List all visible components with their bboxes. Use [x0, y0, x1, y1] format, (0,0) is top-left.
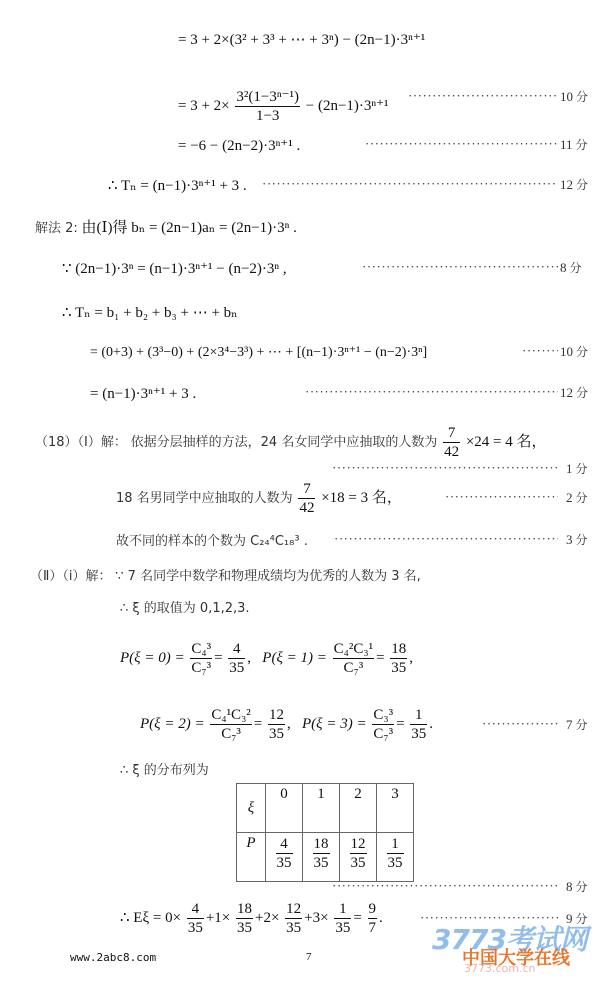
equation-text: ×24 = 4 名， — [466, 434, 547, 450]
fraction-numerator: 3²(1−3ⁿ⁻¹) — [235, 88, 300, 107]
equation-text: = (0+3) + (3³−0) + (2×3⁴−3³) + ⋯ + [(n−1… — [90, 345, 427, 360]
equation-line: = (n−1)·3ⁿ⁺¹ + 3 . — [90, 384, 196, 404]
fraction-denominator: 35 — [350, 854, 367, 872]
fraction: 1 35 — [410, 706, 427, 743]
score-value: 1 — [566, 461, 573, 476]
score-mark: 7分 — [566, 716, 588, 733]
score-leader-dots: ········································… — [522, 343, 558, 359]
score-unit: 分 — [576, 718, 588, 732]
score-value: 10 — [560, 344, 573, 359]
table-row-header: ξ — [237, 784, 266, 833]
probability-lhs: P(ξ = 0) = — [120, 650, 185, 666]
fraction-numerator: C₄²C₃¹ — [333, 640, 374, 659]
score-leader-dots: ········································… — [365, 136, 558, 152]
score-value: 8 — [566, 879, 573, 894]
score-unit: 分 — [576, 178, 588, 192]
fraction: C₃³ C₇³ — [372, 706, 394, 743]
distribution-table: ξ 0 1 2 3 P 435 1835 1235 135 — [236, 783, 414, 882]
fraction-numerator: 7 — [298, 480, 315, 499]
score-unit: 分 — [576, 533, 588, 547]
fraction-denominator: 35 — [390, 659, 407, 677]
probability-lhs: P(ξ = 1) = — [262, 650, 327, 666]
fraction-numerator: 9 — [368, 900, 378, 919]
fraction-denominator: 42 — [298, 499, 315, 517]
q18-part2: 18 名男同学中应抽取的人数为 7 42 ×18 = 3 名， — [116, 480, 402, 517]
equation-text: +2× — [255, 910, 279, 926]
fraction: 1235 — [285, 900, 302, 937]
fraction-numerator: 1 — [334, 900, 351, 919]
fraction: 135 — [334, 900, 351, 937]
equation-line: = 3 + 2× 3²(1−3ⁿ⁻¹) 1−3 − (2n−1)·3ⁿ⁺¹ — [178, 88, 389, 125]
xi-values: ∴ ξ 的取值为 0,1,2,3. — [120, 598, 250, 619]
fraction-numerator: C₄¹C₃² — [210, 706, 251, 725]
fraction-numerator: C₄³ — [190, 640, 212, 659]
score-mark: 8分 — [566, 878, 588, 895]
fraction-numerator: C₃³ — [372, 706, 394, 725]
question-label: （Ⅱ）（ⅰ）解： — [30, 569, 112, 584]
table-cell: 3 — [377, 784, 414, 833]
score-unit: 分 — [576, 90, 588, 104]
score-unit: 分 — [576, 138, 588, 152]
fraction-numerator: 18 — [390, 640, 407, 659]
equation-line: = 3 + 2×(3² + 3³ + ⋯ + 3ⁿ) − (2n−1)·3ⁿ⁺¹ — [178, 30, 425, 50]
table-row: P 435 1835 1235 135 — [237, 833, 414, 882]
q18-part3: 故不同的样本的个数为 C₂₄⁴C₁₈³ . — [116, 531, 308, 552]
score-unit: 分 — [576, 345, 588, 359]
score-value: 2 — [566, 490, 573, 505]
fraction-denominator: C₇³ — [372, 725, 394, 743]
probability-lhs: P(ξ = 2) = — [140, 716, 205, 732]
score-value: 3 — [566, 532, 573, 547]
fraction-numerator: 12 — [350, 835, 367, 854]
table-cell: 135 — [377, 833, 414, 882]
score-mark: 11分 — [560, 136, 588, 153]
score-value: 12 — [560, 385, 573, 400]
fraction-numerator: 4 — [228, 640, 245, 659]
equation-text: ∴ Tₙ = (n−1)·3ⁿ⁺¹ + 3 . — [108, 178, 247, 194]
table-cell: 0 — [266, 784, 303, 833]
watermark-domain: 3773.com.cn — [464, 962, 536, 975]
fraction-numerator: 12 — [268, 706, 285, 725]
equation-text: ∵ (2n−1)·3ⁿ = (n−1)·3ⁿ⁺¹ − (n−2)·3ⁿ , — [62, 261, 287, 277]
question-text: 依据分层抽样的方法，24 名女同学中应抽取的人数为 — [131, 435, 438, 450]
score-value: 12 — [560, 177, 573, 192]
fraction-denominator: 35 — [410, 725, 427, 743]
fraction-numerator: 18 — [313, 835, 330, 854]
score-leader-dots: ········································… — [332, 878, 558, 894]
equation-line: = (0+3) + (3³−0) + (2×3⁴−3³) + ⋯ + [(n−1… — [90, 343, 427, 363]
equation-text: ∴ Tₙ = b₁ + b₂ + b₃ + ⋯ + bₙ — [62, 305, 238, 321]
fraction: 12 35 — [268, 706, 285, 743]
fraction: 1235 — [350, 835, 367, 872]
equation-text: +1× — [206, 910, 230, 926]
fraction-denominator: 35 — [387, 854, 404, 872]
fraction-denominator: 7 — [368, 919, 378, 937]
score-leader-dots: ········································… — [332, 460, 558, 476]
score-unit: 分 — [576, 462, 588, 476]
fraction-denominator: 35 — [228, 659, 245, 677]
score-unit: 分 — [576, 386, 588, 400]
fraction: 3²(1−3ⁿ⁻¹) 1−3 — [235, 88, 300, 125]
fraction-numerator: 18 — [236, 900, 253, 919]
method2-intro: 解法 2: 由(Ⅰ)得 bₙ = (2n−1)aₙ = (2n−1)·3ⁿ . — [35, 218, 297, 239]
fraction-denominator: 35 — [236, 919, 253, 937]
fraction: 435 — [276, 835, 293, 872]
score-leader-dots: ········································… — [445, 489, 558, 505]
score-leader-dots: ········································… — [262, 176, 558, 192]
probability-line: P(ξ = 0) = C₄³ C₇³ = 4 35 , P(ξ = 1) = C… — [120, 640, 413, 677]
question-text: 18 名男同学中应抽取的人数为 — [116, 491, 293, 506]
fraction-numerator: 1 — [387, 835, 404, 854]
fraction: 97 — [368, 900, 378, 937]
fraction: 435 — [187, 900, 204, 937]
fraction-numerator: 4 — [187, 900, 204, 919]
equation-text: ×18 = 3 名， — [321, 490, 402, 506]
equation-line: ∴ Tₙ = b₁ + b₂ + b₃ + ⋯ + bₙ — [62, 303, 238, 323]
equation-text: = 3 + 2× — [178, 98, 230, 114]
fraction: C₄²C₃¹ C₇³ — [333, 640, 374, 677]
score-mark: 10分 — [560, 88, 588, 105]
fraction-numerator: 7 — [443, 424, 460, 443]
score-mark: 12分 — [560, 176, 588, 193]
page-number: 7 — [306, 951, 312, 963]
equation-text: ∴ Eξ = 0× — [120, 910, 181, 926]
question-text: ∵ 7 名同学中数学和物理成绩均为优秀的人数为 3 名, — [115, 569, 420, 584]
equation-text: . — [379, 910, 383, 926]
fraction-denominator: 42 — [443, 443, 460, 461]
equation-text: = (n−1)·3ⁿ⁺¹ + 3 . — [90, 386, 196, 402]
table-cell: 1235 — [340, 833, 377, 882]
fraction-denominator: 35 — [285, 919, 302, 937]
score-mark: 8分 — [560, 259, 582, 276]
probability-line: P(ξ = 2) = C₄¹C₃² C₇³ = 12 35 , P(ξ = 3)… — [140, 706, 433, 743]
fraction-numerator: 4 — [276, 835, 293, 854]
score-value: 7 — [566, 717, 573, 732]
q18-part1: （18）（Ⅰ）解： 依据分层抽样的方法，24 名女同学中应抽取的人数为 7 42… — [35, 424, 547, 461]
fraction-denominator: 35 — [187, 919, 204, 937]
equation-text: = −6 − (2n−2)·3ⁿ⁺¹ . — [178, 138, 300, 154]
fraction-denominator: 35 — [313, 854, 330, 872]
fraction: 18 35 — [390, 640, 407, 677]
score-value: 8 — [560, 260, 567, 275]
fraction-numerator: 1 — [410, 706, 427, 725]
fraction: 1835 — [313, 835, 330, 872]
score-mark: 12分 — [560, 384, 588, 401]
equation-text: = 3 + 2×(3² + 3³ + ⋯ + 3ⁿ) − (2n−1)·3ⁿ⁺¹ — [178, 32, 425, 48]
score-mark: 1分 — [566, 460, 588, 477]
score-mark: 10分 — [560, 343, 588, 360]
equation-text: = — [353, 910, 361, 926]
fraction: 1835 — [236, 900, 253, 937]
fraction: 7 42 — [298, 480, 315, 517]
score-leader-dots: ········································… — [334, 531, 558, 547]
method-label: 解法 2: — [35, 221, 78, 236]
fraction-denominator: C₇³ — [333, 659, 374, 677]
equation-text: − (2n−1)·3ⁿ⁺¹ — [306, 98, 389, 114]
question-text: ∴ ξ 的分布列为 — [120, 763, 209, 778]
q18-part2-intro: （Ⅱ）（ⅰ）解： ∵ 7 名同学中数学和物理成绩均为优秀的人数为 3 名, — [30, 566, 421, 587]
fraction-denominator: C₇³ — [190, 659, 212, 677]
equation-line: = −6 − (2n−2)·3ⁿ⁺¹ . — [178, 136, 300, 156]
fraction: C₄³ C₇³ — [190, 640, 212, 677]
fraction: 4 35 — [228, 640, 245, 677]
question-text: 故不同的样本的个数为 C₂₄⁴C₁₈³ . — [116, 534, 308, 549]
score-unit: 分 — [576, 491, 588, 505]
score-leader-dots: ········································… — [482, 716, 558, 732]
fraction-denominator: C₇³ — [210, 725, 251, 743]
score-unit: 分 — [570, 261, 582, 275]
question-label: （18）（Ⅰ）解： — [35, 435, 127, 450]
probability-lhs: P(ξ = 3) = — [302, 716, 367, 732]
fraction: 7 42 — [443, 424, 460, 461]
fraction-denominator: 1−3 — [235, 107, 300, 125]
score-leader-dots: ········································… — [408, 88, 558, 104]
score-mark: 2分 — [566, 489, 588, 506]
score-leader-dots: ········································… — [362, 259, 558, 275]
score-unit: 分 — [576, 880, 588, 894]
fraction-denominator: 35 — [268, 725, 285, 743]
fraction: 135 — [387, 835, 404, 872]
table-cell: 1 — [303, 784, 340, 833]
equation-text: +3× — [304, 910, 328, 926]
footer-url: www.2abc8.com — [70, 951, 156, 964]
table-cell: 1835 — [303, 833, 340, 882]
fraction-denominator: 35 — [276, 854, 293, 872]
score-mark: 3分 — [566, 531, 588, 548]
fraction: C₄¹C₃² C₇³ — [210, 706, 251, 743]
score-leader-dots: ········································… — [305, 384, 558, 400]
distribution-label: ∴ ξ 的分布列为 — [120, 760, 209, 781]
equation-text: 由(Ⅰ)得 bₙ = (2n−1)aₙ = (2n−1)·3ⁿ . — [82, 220, 297, 236]
table-cell: 435 — [266, 833, 303, 882]
equation-line: ∵ (2n−1)·3ⁿ = (n−1)·3ⁿ⁺¹ − (n−2)·3ⁿ , — [62, 259, 287, 279]
question-text: ∴ ξ 的取值为 0,1,2,3. — [120, 601, 250, 616]
table-row-header: P — [237, 833, 266, 882]
expectation-line: ∴ Eξ = 0× 435+1× 1835+2× 1235+3× 135= 97… — [120, 900, 383, 937]
fraction-numerator: 12 — [285, 900, 302, 919]
equation-line: ∴ Tₙ = (n−1)·3ⁿ⁺¹ + 3 . — [108, 176, 247, 196]
table-row: ξ 0 1 2 3 — [237, 784, 414, 833]
score-value: 10 — [560, 89, 573, 104]
table-cell: 2 — [340, 784, 377, 833]
fraction-denominator: 35 — [334, 919, 351, 937]
score-value: 11 — [560, 137, 573, 152]
